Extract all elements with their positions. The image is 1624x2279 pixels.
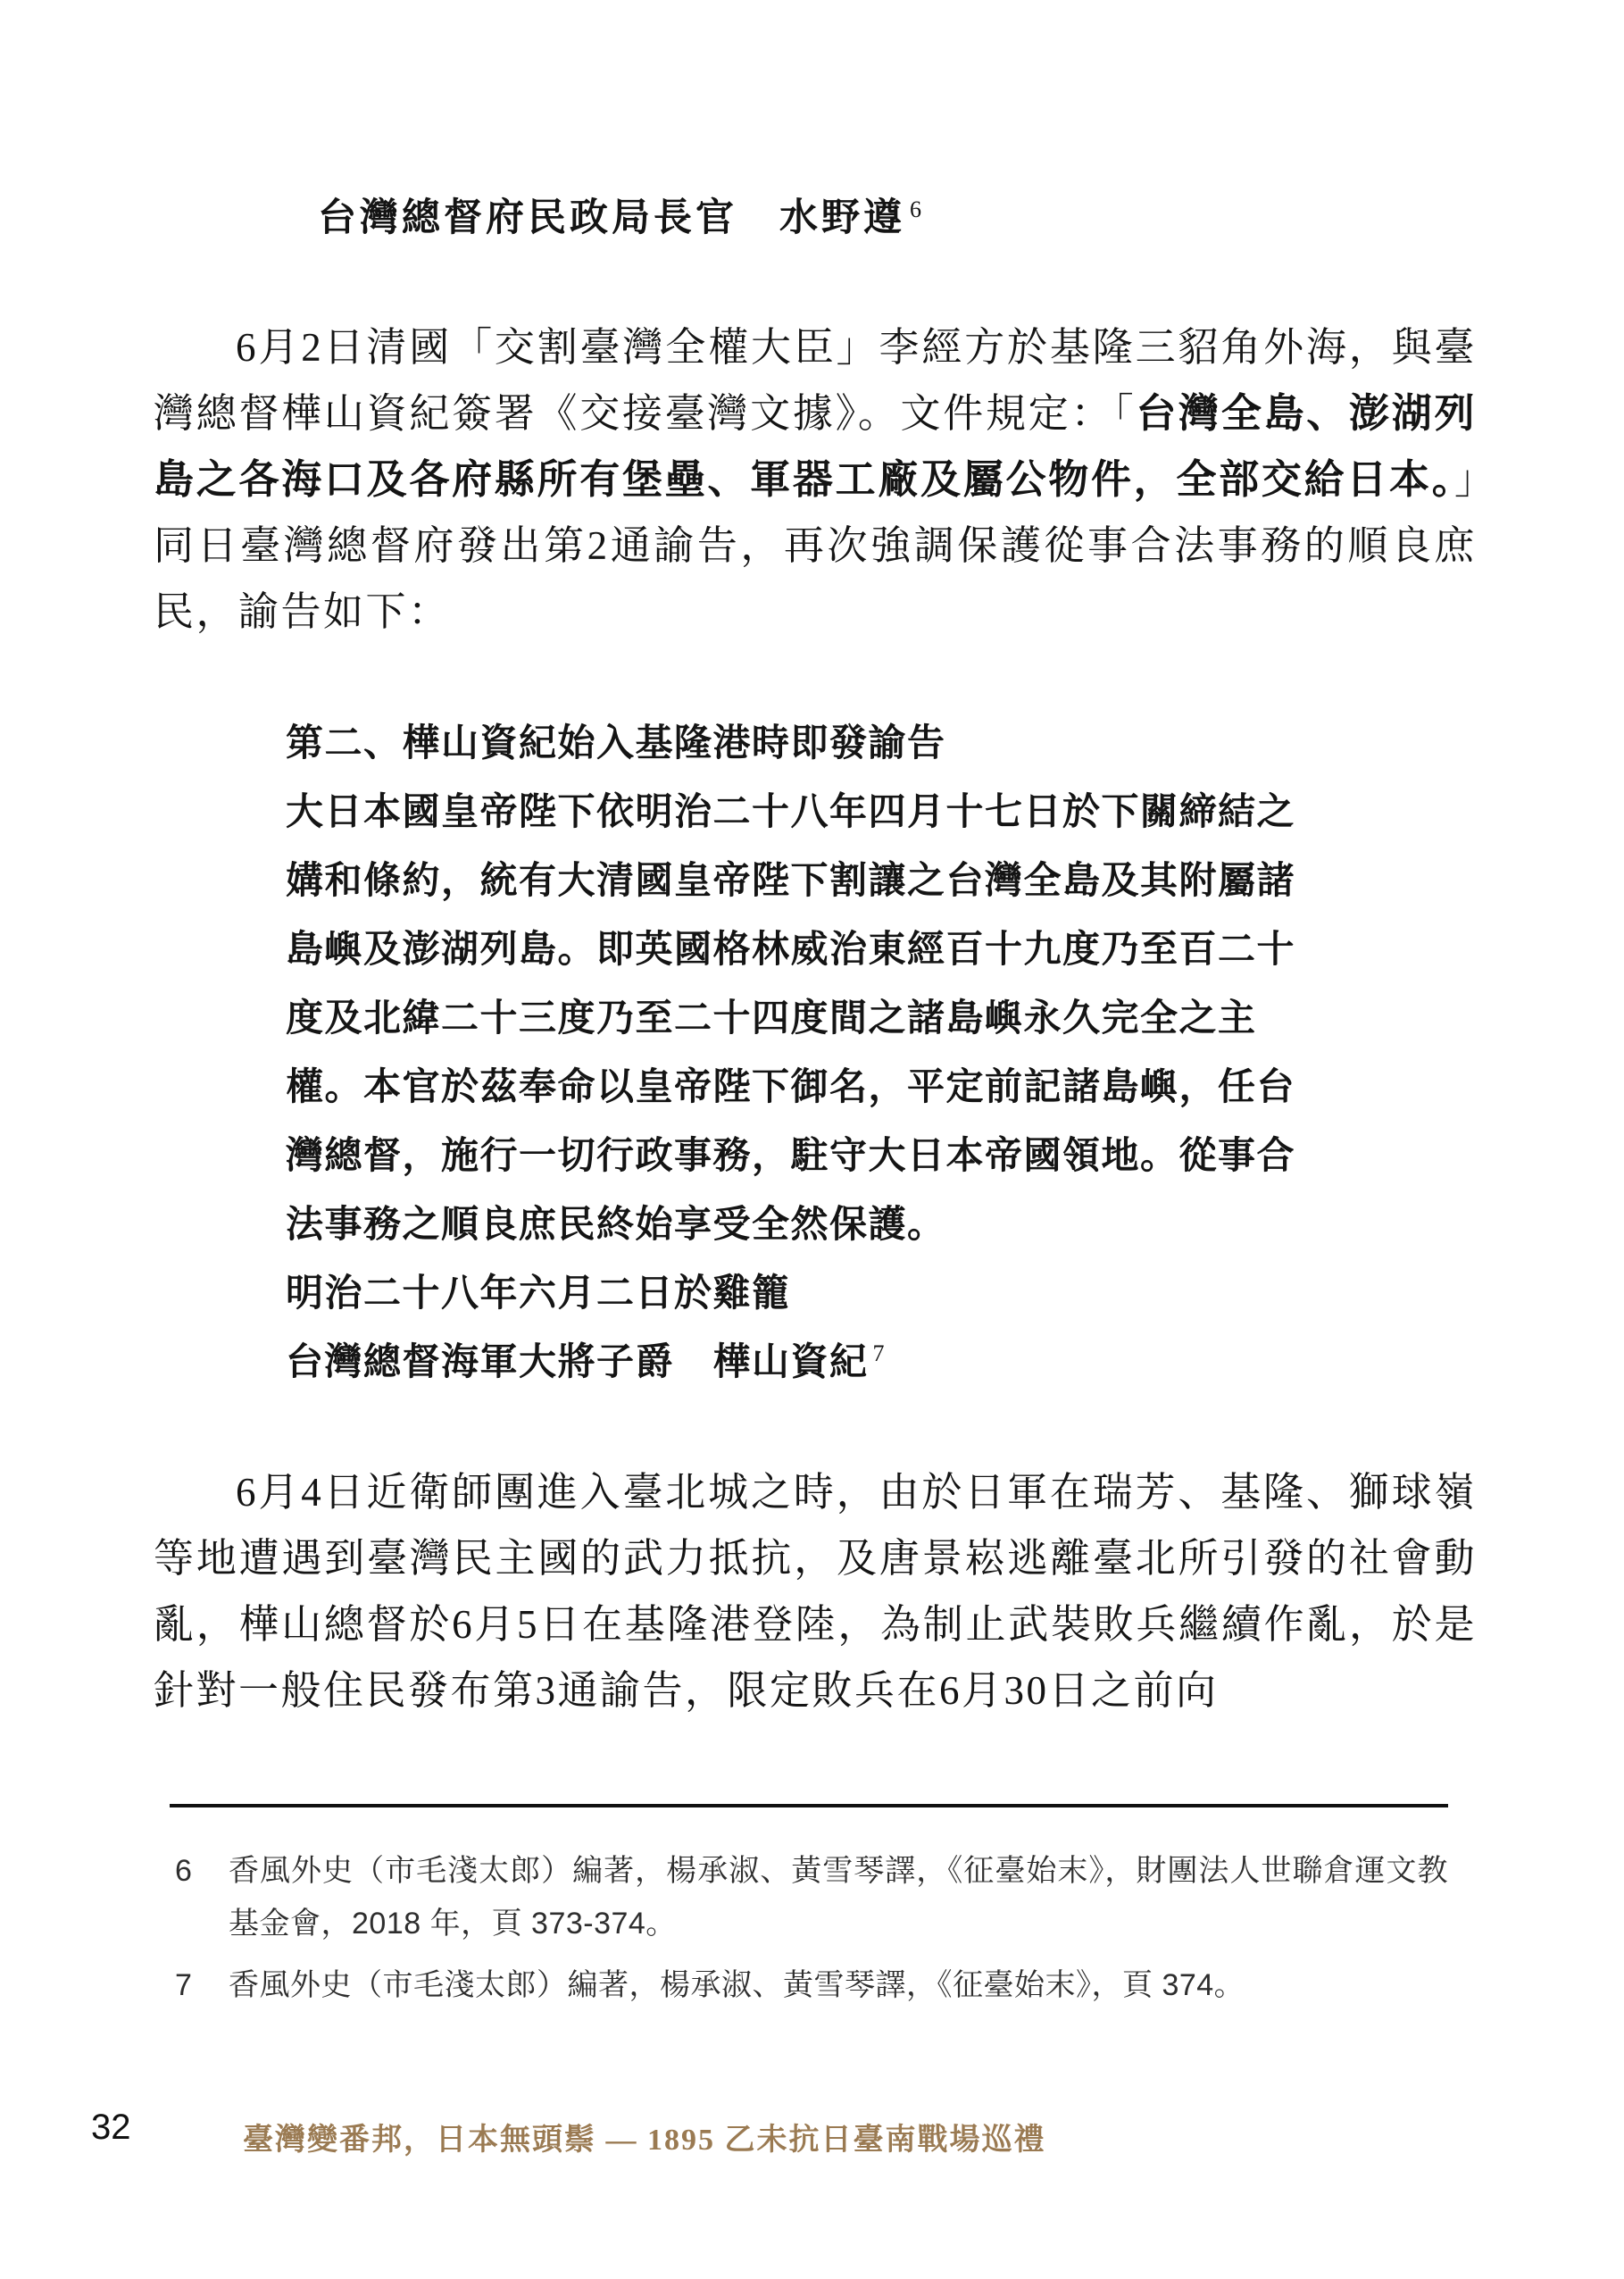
page-number: 32 [91,2108,131,2148]
paragraph-treaty-handover: 6月2日清國「交割臺灣全權大臣」李經方於基隆三貂角外海，與臺灣總督樺山資紀簽署《… [154,314,1477,645]
footnote-ref-6: 6 [910,196,925,222]
quote-heading: 第二、樺山資紀始入基隆港時即發諭告 [286,710,1303,779]
quote-signature-line: 台灣總督海軍大將子爵 樺山資紀7 [286,1329,1303,1398]
footnote-text: 香風外史（市毛淺太郎）編著，楊承淑、黃雪琴譯，《征臺始末》，頁 374。 [229,1959,1448,2012]
quote-line: 大日本國皇帝陛下依明治二十八年四月十七日於下關締結之 [286,779,1303,847]
book-page: 台灣總督府民政局長官 水野遵6 6月2日清國「交割臺灣全權大臣」李經方於基隆三貂… [0,0,1624,2279]
quote-line: 法事務之順良庶民終始享受全然保護。 [286,1191,1303,1260]
footnote-7: 7 香風外史（市毛淺太郎）編著，楊承淑、黃雪琴譯，《征臺始末》，頁 374。 [175,1959,1448,2012]
quote-line: 權。本官於茲奉命以皇帝陛下御名，平定前記諸島嶼，任台 [286,1054,1303,1123]
footnote-ref-7: 7 [873,1340,887,1366]
footnote-text: 香風外史（市毛淺太郎）編著，楊承淑、黃雪琴譯，《征臺始末》，財團法人世聯倉運文教… [229,1845,1448,1950]
running-footer-title: 臺灣變番邦，日本無頭鬃 — 1895 乙未抗日臺南戰場巡禮 [243,2115,1046,2158]
dedication-line: 台灣總督府民政局長官 水野遵6 [318,188,925,242]
document-quote-block: 第二、樺山資紀始入基隆港時即發諭告 大日本國皇帝陛下依明治二十八年四月十七日於下… [286,710,1303,1398]
quote-line: 度及北緯二十三度乃至二十四度間之諸島嶼永久完全之主 [286,985,1303,1054]
footnotes-section: 6 香風外史（市毛淺太郎）編著，楊承淑、黃雪琴譯，《征臺始末》，財團法人世聯倉運… [175,1845,1448,2021]
quote-line: 島嶼及澎湖列島。即英國格林威治東經百十九度乃至百二十 [286,916,1303,985]
quote-line: 灣總督，施行一切行政事務，駐守大日本帝國領地。從事合 [286,1123,1303,1191]
footnote-number: 7 [175,1959,229,2012]
dedication-text: 台灣總督府民政局長官 水野遵 [318,197,905,239]
quote-signature: 台灣總督海軍大將子爵 樺山資紀 [286,1342,869,1383]
footnote-6: 6 香風外史（市毛淺太郎）編著，楊承淑、黃雪琴譯，《征臺始末》，財團法人世聯倉運… [175,1845,1448,1950]
quote-date-line: 明治二十八年六月二日於雞籠 [286,1260,1303,1329]
footnote-number: 6 [175,1845,229,1950]
footnote-divider [170,1804,1448,1807]
paragraph-keelung-landing: 6月4日近衛師團進入臺北城之時，由於日軍在瑞芳、基隆、獅球嶺等地遭遇到臺灣民主國… [154,1459,1477,1724]
quote-line: 媾和條約，統有大清國皇帝陛下割讓之台灣全島及其附屬諸 [286,847,1303,916]
